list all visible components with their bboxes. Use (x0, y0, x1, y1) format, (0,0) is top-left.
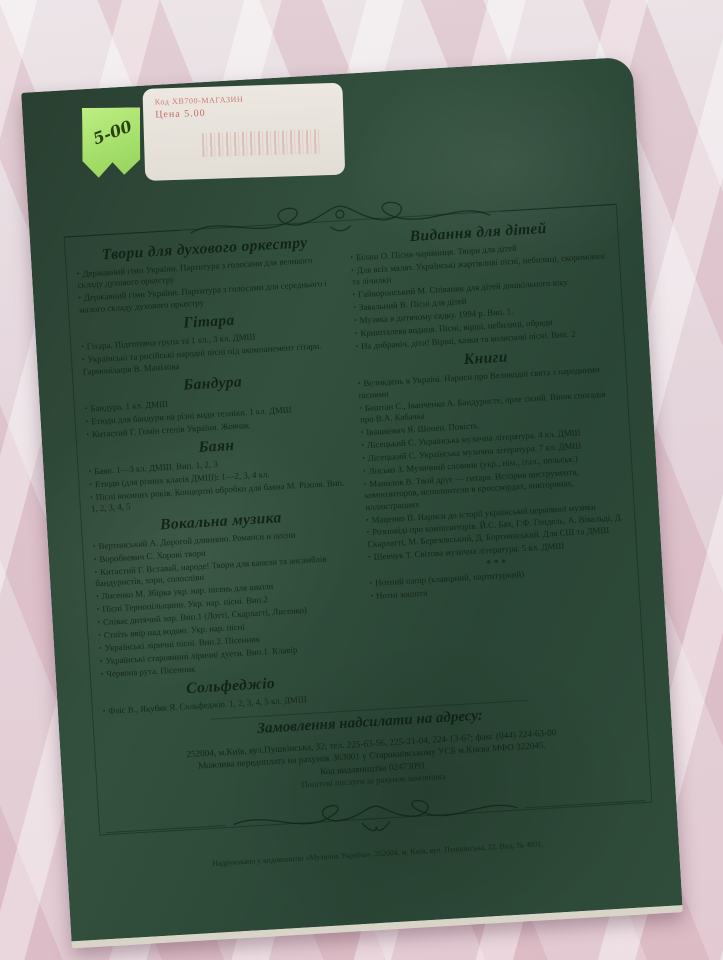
bullet-icon: • (99, 644, 102, 652)
store-price-label: Код ХВ700-МАГАЗИН Цена 5.00 (142, 83, 345, 181)
bullet-icon: • (358, 380, 361, 388)
bullet-icon: • (361, 428, 364, 436)
bullet-icon: • (370, 579, 373, 587)
bullet-icon: • (355, 329, 358, 337)
bullet-icon: • (90, 493, 93, 501)
bullet-icon: • (89, 481, 92, 489)
bullet-icon: • (96, 592, 99, 600)
bullet-icon: • (77, 270, 80, 278)
decorative-frame: Твори для духового оркестру•Державний гі… (64, 204, 653, 836)
bullet-icon: • (97, 618, 100, 626)
bullet-icon: • (78, 294, 81, 302)
bullet-icon: • (362, 454, 365, 462)
bullet-icon: • (94, 568, 97, 576)
column-left: Твори для духового оркестру•Державний гі… (75, 228, 361, 719)
bullet-icon: • (359, 404, 362, 412)
bullet-icon: • (82, 356, 85, 364)
bullet-icon: • (352, 291, 355, 299)
bullet-icon: • (354, 317, 357, 325)
bullet-icon: • (86, 430, 89, 438)
bullet-icon: • (351, 266, 354, 274)
bullet-icon: • (94, 555, 97, 563)
bullet-icon: • (356, 342, 359, 350)
bullet-icon: • (366, 516, 369, 524)
bullet-icon: • (103, 707, 106, 715)
bullet-icon: • (353, 304, 356, 312)
bullet-icon: • (364, 480, 367, 488)
bullet-icon: • (100, 657, 103, 665)
bullet-icon: • (85, 417, 88, 425)
bullet-icon: • (370, 591, 373, 599)
bullet-icon: • (368, 553, 371, 561)
catalog-columns: Твори для духового оркестру•Державний гі… (75, 211, 634, 719)
printed-content: Твори для духового оркестру•Державний гі… (62, 182, 656, 910)
bullet-icon: • (93, 542, 96, 550)
book-back-cover: 5-00 Код ХВ700-МАГАЗИН Цена 5.00 (21, 57, 683, 949)
bullet-icon: • (85, 404, 88, 412)
photo-scene: 5-00 Код ХВ700-МАГАЗИН Цена 5.00 (0, 0, 723, 960)
bullet-icon: • (100, 670, 103, 678)
bullet-icon: • (367, 528, 370, 536)
handwritten-price-sticky-note: 5-00 (82, 107, 140, 177)
flourish-icon (225, 791, 527, 845)
bullet-icon: • (350, 254, 353, 262)
bullet-icon: • (97, 605, 100, 613)
bullet-icon: • (88, 468, 91, 476)
bullet-icon: • (361, 441, 364, 449)
bullet-icon: • (363, 467, 366, 475)
bullet-icon: • (98, 631, 101, 639)
handwritten-price: 5-00 (90, 114, 142, 149)
bullet-icon: • (81, 343, 84, 351)
column-right: Видання для дітей•Білаш О. Пісня-чарівни… (349, 211, 635, 702)
price-label-price: Цена 5.00 (155, 104, 331, 121)
barcode-icon (202, 129, 321, 157)
